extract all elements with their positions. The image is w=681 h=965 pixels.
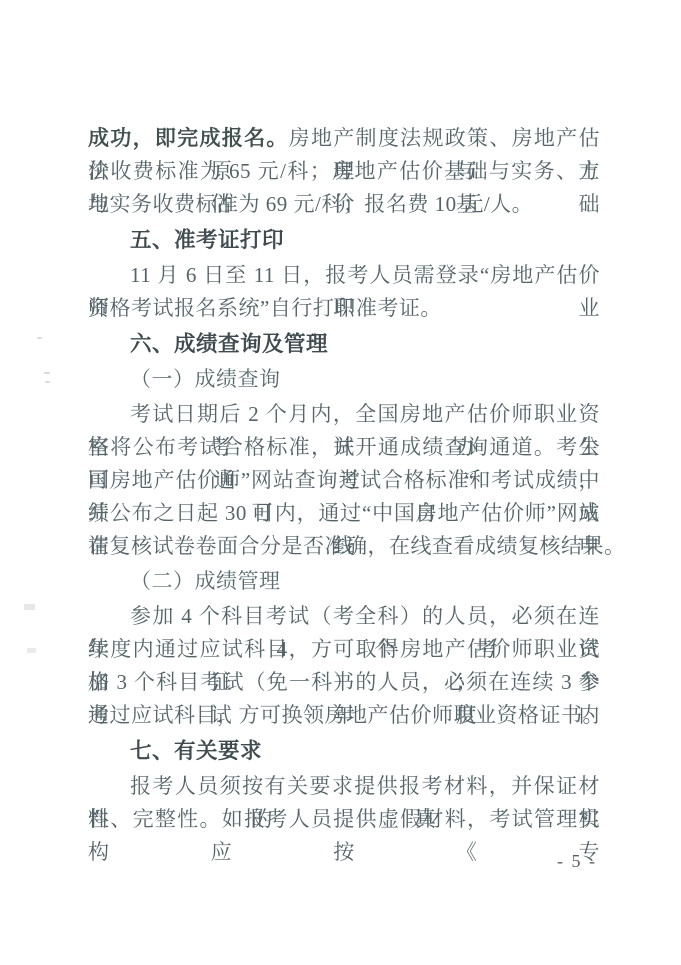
section5-heading: 五、准考证打印 <box>88 224 600 257</box>
section6-sub2-line: 年度内通过应试科目，方可取得房地产估价师职业资格证书；参 <box>88 633 600 666</box>
section6-sub1-line: 国房地产估价师”网站查询考试合格标准和考试成绩，并可自成 <box>88 464 600 497</box>
section6-sub1-line: 室将公布考试合格标准，并开通成绩查询通道。考生可通过“中 <box>88 431 600 464</box>
section5-line: 11 月 6 日至 11 日，报考人员需登录“房地产估价师职业 <box>88 259 600 292</box>
intro-line: 与实务收费标准为 69 元/科；报名费 10 元/人。 <box>88 188 600 221</box>
section6-sub1-line: 绩公布之日起 30 日内，通过“中国房地产估价师”网站在线申 <box>88 497 600 530</box>
intro-bold-lead: 成功，即完成报名。 <box>88 126 289 150</box>
section6-heading: 六、成绩查询及管理 <box>88 328 600 361</box>
scan-speck <box>45 381 50 383</box>
section6-sub2-heading: （二）成绩管理 <box>88 565 600 598</box>
section6-sub1-line: 请复核试卷卷面合分是否准确，在线查看成绩复核结果。 <box>88 530 600 563</box>
page-number: - 5 - <box>557 851 597 872</box>
section7-line: 性、完整性。如报考人员提供虚假材料，考试管理机构应按《专 <box>88 803 600 836</box>
intro-line: 法收费标准为 65 元/科；房地产估价基础与实务、土地估价基础 <box>88 155 600 188</box>
scanned-document-page: 成功，即完成报名。房地产制度法规政策、房地产估价原理与方 法收费标准为 65 元… <box>0 0 681 965</box>
scan-speck <box>24 604 35 610</box>
section6-sub1-heading: （一）成绩查询 <box>88 363 600 396</box>
scan-speck <box>44 372 50 374</box>
document-body: 成功，即完成报名。房地产制度法规政策、房地产估价原理与方 法收费标准为 65 元… <box>88 122 600 836</box>
scan-speck <box>27 648 36 653</box>
section7-heading: 七、有关要求 <box>88 735 600 768</box>
intro-line: 成功，即完成报名。房地产制度法规政策、房地产估价原理与方 <box>88 122 600 155</box>
section6-sub1-line: 考试日期后 2 个月内，全国房地产估价师职业资格考试办公 <box>88 398 600 431</box>
section6-sub2-line: 通过应试科目，方可换领房地产估价师职业资格证书。 <box>88 699 600 732</box>
scan-speck <box>37 337 42 339</box>
section7-line: 报考人员须按有关要求提供报考材料，并保证材料的真实 <box>88 770 600 803</box>
section6-sub2-line: 加 3 个科目考试（免一科）的人员，必须在连续 3 个考试年度内 <box>88 666 600 699</box>
section6-sub2-line: 参加 4 个科目考试（考全科）的人员，必须在连续 4 个考试 <box>88 600 600 633</box>
